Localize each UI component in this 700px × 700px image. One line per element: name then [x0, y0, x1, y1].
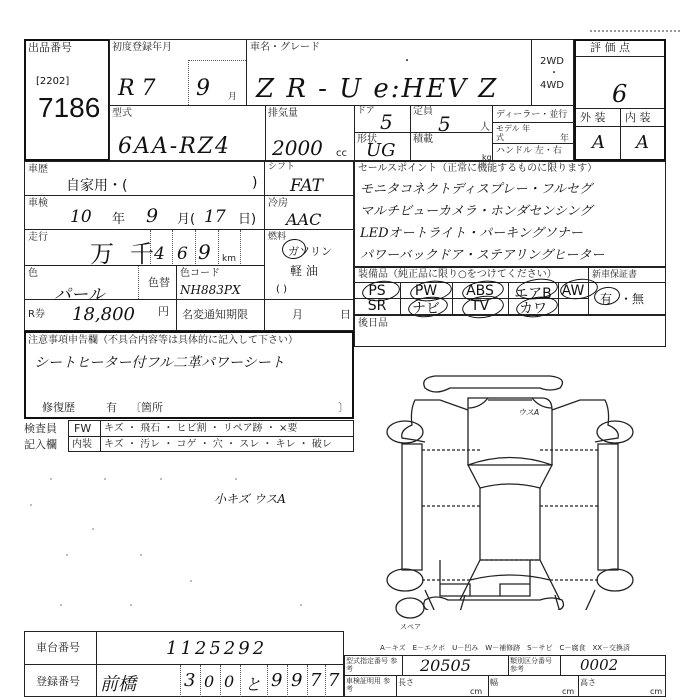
- score-label: 評 価 点: [590, 42, 630, 53]
- notes-value: シートヒーター付フル二革パワーシート: [34, 352, 285, 372]
- load-label: 積載: [413, 134, 433, 145]
- shift-value: FAT: [290, 176, 323, 196]
- fw-label: FW: [74, 423, 91, 434]
- score-value: 6: [612, 80, 627, 108]
- inspector-label-bottom: 記入欄: [24, 439, 57, 450]
- type-cert-value: 20505: [420, 656, 471, 675]
- later-items-box: [354, 315, 666, 347]
- later-items-label: 後日品: [358, 318, 388, 329]
- recycle-value: 18,800: [72, 304, 135, 325]
- first-reg-label: 初度登録年月: [112, 42, 172, 53]
- lot-label: 出品番号: [28, 42, 72, 53]
- model-type-value: 6AA-RZ4: [118, 134, 231, 159]
- sales-point-line-4: パワーバックドア・ステアリングヒーター: [360, 244, 604, 263]
- shape-value: UG: [366, 140, 396, 161]
- color-label: 色: [28, 268, 38, 279]
- category-label: 類別区分番号 参考: [510, 657, 560, 673]
- length-label: 長さ: [398, 677, 414, 688]
- color-code-label: 色コード: [180, 268, 220, 279]
- reg-digit-4: 9: [271, 670, 282, 691]
- history-label: 車歴: [28, 164, 48, 175]
- history-value: 自家用・(: [66, 175, 127, 195]
- height-label: 高さ: [580, 677, 596, 688]
- auction-code: [2202]: [36, 76, 69, 87]
- notes-label: 注意事項申告欄（不具合内容等は具体的に記入して下さい）: [28, 335, 298, 346]
- handle-label: ハンドル 左・右: [496, 146, 562, 157]
- warranty-label: 新車保証書: [592, 270, 637, 281]
- repair-value: 有: [106, 402, 117, 413]
- mileage-digit-3: 9: [198, 240, 211, 264]
- spare-tire-icon: [393, 596, 427, 622]
- exterior-label: 外 装: [580, 112, 606, 123]
- equipment-label: 装備品（純正品に限り○をつけてください）: [358, 269, 557, 280]
- shift-label: シフト: [268, 162, 295, 173]
- inspection-label: 車検: [28, 198, 48, 209]
- faint-header-marks: [590, 30, 680, 35]
- mileage-label: 走行: [28, 232, 48, 243]
- displacement-value: 2000: [272, 136, 323, 160]
- capacity-label: 定員: [413, 106, 433, 117]
- warranty-no: 無: [632, 290, 644, 307]
- reg-label: 登録番号: [36, 676, 80, 687]
- repair-label: 修復歴: [42, 402, 75, 413]
- spare-label: スペア: [400, 622, 421, 633]
- vehicle-cert-label: 車検証明用 参考: [346, 677, 394, 693]
- chassis-value: 1125292: [166, 638, 267, 659]
- sales-point-line-2: マルチビューカメラ・ホンダセンシング: [360, 200, 592, 219]
- chassis-label: 車台番号: [36, 642, 80, 653]
- dealer-label: ディーラー・並行: [496, 110, 567, 121]
- ac-value: AAC: [286, 210, 321, 229]
- mileage-digit-2: 6: [177, 244, 188, 264]
- reg-kana: と: [245, 672, 261, 695]
- sales-points-label: セールスポイント（正常に機能するものに限ります）: [358, 163, 597, 174]
- reg-city: 前橋: [100, 670, 136, 696]
- model-type-label: 型式: [112, 108, 132, 119]
- category-value: 0002: [580, 656, 618, 674]
- ac-label: 冷房: [268, 198, 288, 209]
- first-reg-year: R 7: [118, 76, 156, 101]
- diagram-top-note: ウスA: [518, 407, 539, 418]
- doors-label: ドア: [357, 106, 375, 117]
- name-change-label: 名変通知期限: [182, 309, 248, 320]
- doors-value: 5: [380, 110, 393, 134]
- width-label: 幅: [490, 677, 498, 688]
- drive-4wd: 4WD: [540, 80, 564, 91]
- fw-items: キズ ・ 飛石 ・ ヒビ割 ・ リペア跡 ・ ×要: [104, 423, 297, 434]
- fuel-label: 燃料: [268, 232, 286, 243]
- model-year-label: モデル 年式: [496, 124, 536, 142]
- drive-2wd: 2WD: [540, 56, 564, 67]
- mileage-digit-1: 4: [154, 244, 165, 264]
- reg-digit-1: 3: [184, 670, 195, 691]
- color-change-label: 色替: [148, 277, 170, 288]
- inspection-year: 10: [70, 207, 92, 227]
- reg-digit-3: 0: [224, 672, 234, 691]
- interior-label: 内 装: [625, 112, 651, 123]
- first-reg-month: 9: [196, 76, 210, 101]
- lot-number: 7186: [38, 92, 100, 124]
- inspector-label-top: 検査員: [24, 423, 57, 434]
- type-cert-label: 型式指定番号 参考: [346, 657, 402, 673]
- color-code-value: NH883PX: [180, 283, 241, 297]
- reg-digit-6: 7: [310, 670, 321, 691]
- exterior-grade: A: [592, 132, 605, 153]
- inspection-day: 17: [204, 207, 226, 227]
- displacement-label: 排気量: [268, 108, 298, 119]
- sales-point-line-3: LEDオートライト・パーキングソナー: [360, 222, 583, 241]
- car-name-label: 車名・グレード: [250, 42, 320, 53]
- car-name-value: Z R - U e:HEV Z: [256, 74, 498, 104]
- damage-legend: A－キズ E－エクボ U－凹み W－補修跡 S－サビ C－腐食 XX－交換済: [380, 643, 630, 654]
- color-value: パール: [54, 280, 105, 305]
- reg-digit-2: 0: [204, 672, 214, 691]
- reg-digit-5: 9: [291, 670, 302, 691]
- reg-digit-7: 7: [328, 670, 339, 691]
- interior-grade: A: [636, 132, 649, 153]
- sales-point-line-1: モニタコネクトディスプレー・フルセグ: [360, 178, 592, 197]
- inspection-month: 9: [146, 205, 158, 227]
- inspector-handwritten-note: 小キズ ウスA: [214, 490, 286, 507]
- interior-items: キズ ・ 汚レ ・ コゲ ・ 穴 ・ スレ ・ キレ ・ 破レ: [104, 439, 332, 450]
- interior-inspect-label: 内装: [72, 439, 92, 450]
- recycle-label: R券: [28, 309, 45, 320]
- fuel-diesel: 軽 油: [290, 262, 318, 279]
